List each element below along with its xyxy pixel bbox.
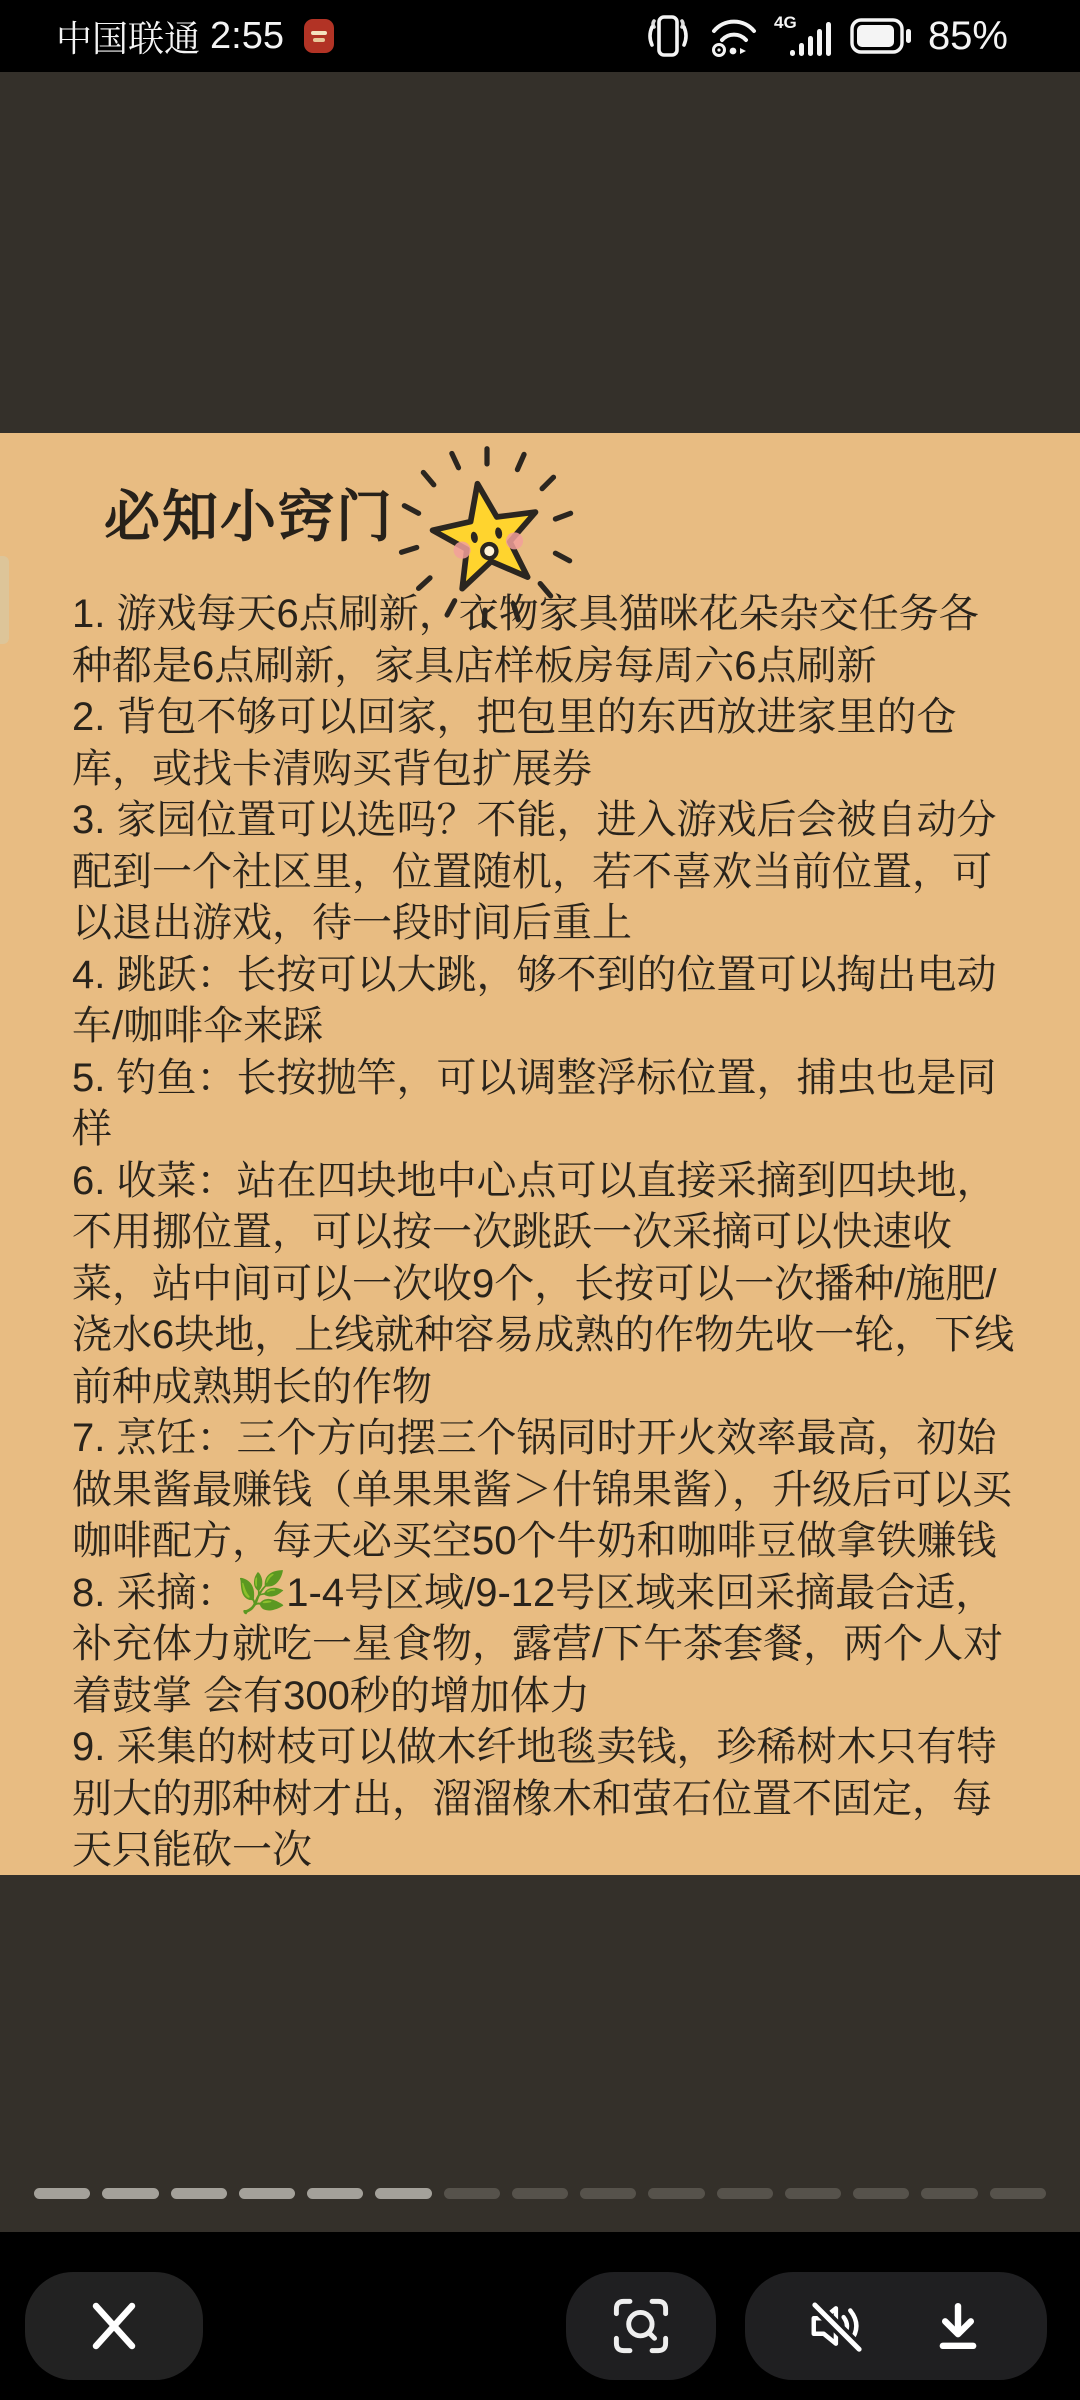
download-icon — [930, 2298, 986, 2354]
close-button[interactable] — [25, 2272, 203, 2380]
page-dot — [580, 2188, 636, 2199]
battery-percent-label: 85% — [928, 14, 1008, 59]
vibrate-icon — [642, 13, 694, 59]
mute-button[interactable] — [806, 2298, 868, 2354]
page-dot — [171, 2188, 227, 2199]
status-bar: 中国联通 2:55 — [0, 0, 1080, 72]
page-dot — [34, 2188, 90, 2199]
card-title: 必知小窍门 — [104, 473, 394, 553]
notification-app-badge-icon — [304, 19, 334, 53]
close-icon — [85, 2297, 143, 2355]
page-dot — [102, 2188, 158, 2199]
wifi-icon — [706, 13, 762, 59]
page-dot — [512, 2188, 568, 2199]
page-dot — [853, 2188, 909, 2199]
tip-item: 2. 背包不够可以回家，把包里的东西放进家里的仓库，或找卡清购买背包扩展券 — [72, 692, 1018, 795]
tip-item: 3. 家园位置可以选吗？不能，进入游戏后会被自动分配到一个社区里，位置随机，若不… — [72, 795, 1018, 950]
page-dot — [921, 2188, 977, 2199]
page-dot — [444, 2188, 500, 2199]
carrier-label: 中国联通 — [56, 11, 200, 62]
page-dot — [990, 2188, 1046, 2199]
tip-item: 1. 游戏每天6点刷新，衣物家具猫咪花朵杂交任务各种都是6点刷新，家具店样板房每… — [72, 589, 1018, 692]
page-dots — [34, 2188, 1046, 2199]
tips-card-image[interactable]: 必知小窍门 — [0, 433, 1080, 1875]
image-search-icon — [609, 2294, 673, 2358]
adjacent-page-edge — [0, 556, 9, 644]
battery-icon — [850, 16, 914, 56]
tip-item: 8. 采摘：🌿1-4号区域/9-12号区域来回采摘最合适，补充体力就吃一星食物，… — [72, 1568, 1018, 1723]
tips-list: 1. 游戏每天6点刷新，衣物家具猫咪花朵杂交任务各种都是6点刷新，家具店样板房每… — [72, 589, 1018, 1875]
page-dot — [307, 2188, 363, 2199]
tip-item: 5. 钓鱼：长按抛竿，可以调整浮标位置，捕虫也是同样 — [72, 1053, 1018, 1156]
network-label: 4G — [774, 13, 797, 32]
status-bar-right: 4G 85% — [642, 12, 1008, 60]
status-time: 2:55 — [210, 15, 284, 58]
tip-item: 7. 烹饪：三个方向摆三个锅同时开火效率最高，初始做果酱最赚钱（单果果酱＞什锦果… — [72, 1413, 1018, 1568]
status-bar-left: 中国联通 2:55 — [56, 11, 334, 62]
image-viewer[interactable]: 必知小窍门 — [0, 72, 1080, 2232]
page-dot — [648, 2188, 704, 2199]
muted-speaker-icon — [806, 2298, 868, 2354]
page-dot — [785, 2188, 841, 2199]
download-button[interactable] — [930, 2298, 986, 2354]
mute-download-pill — [745, 2272, 1047, 2380]
page-dot — [717, 2188, 773, 2199]
tip-item: 4. 跳跃：长按可以大跳，够不到的位置可以掏出电动车/咖啡伞来踩 — [72, 950, 1018, 1053]
tip-item: 6. 收菜：站在四块地中心点可以直接采摘到四块地，不用挪位置，可以按一次跳跃一次… — [72, 1156, 1018, 1414]
tip-item: 9. 采集的树枝可以做木纤地毯卖钱，珍稀树木只有特别大的那种树才出，溜溜橡木和萤… — [72, 1722, 1018, 1875]
page-dot — [239, 2188, 295, 2199]
signal-bars-icon: 4G — [774, 12, 838, 60]
phone-screen: 中国联通 2:55 — [0, 0, 1080, 2400]
image-search-button[interactable] — [566, 2272, 716, 2380]
page-dot — [375, 2188, 431, 2199]
